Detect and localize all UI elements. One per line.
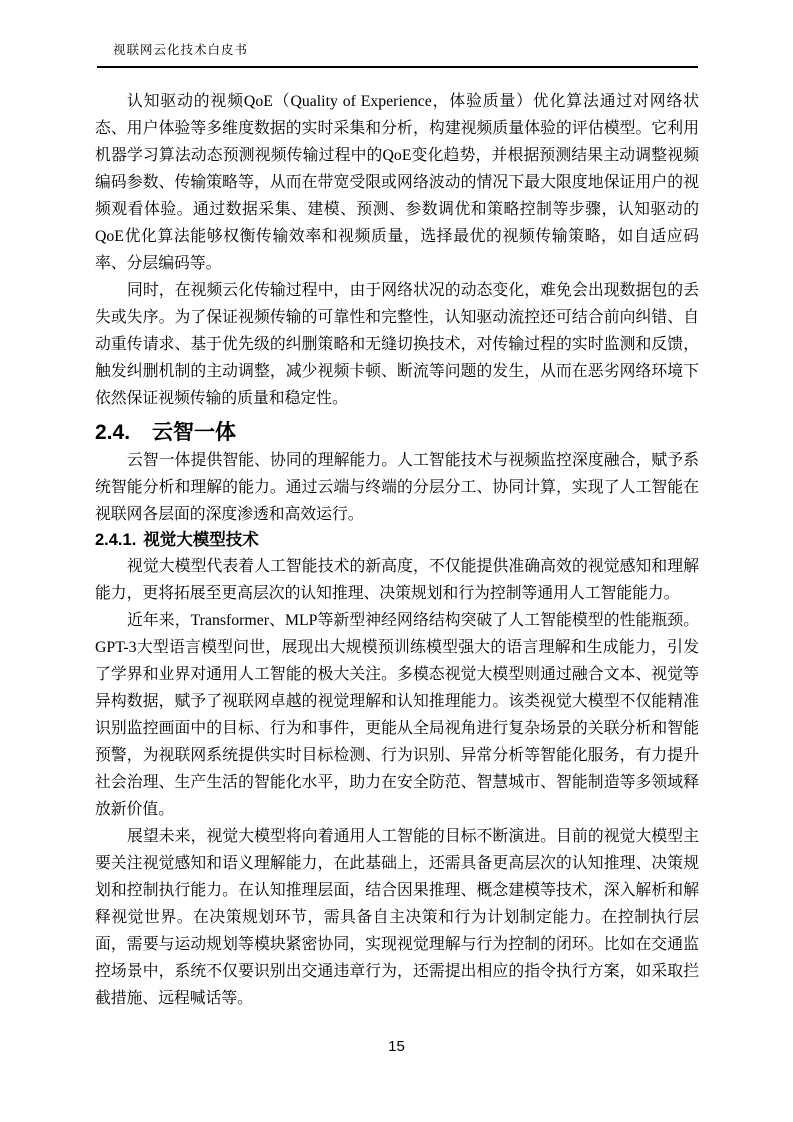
section-title: 云智一体 xyxy=(152,421,236,444)
header-title: 视联网云化技术白皮书 xyxy=(113,40,248,58)
paragraph-transformer-gpt3: 近年来，Transformer、MLP等新型神经网络结构突破了人工智能模型的性能… xyxy=(95,607,699,823)
page-body: 认知驱动的视频QoE（Quality of Experience，体验质量）优化… xyxy=(95,88,699,1012)
paragraph-transport-reliability: 同时，在视频云化传输过程中，由于网络状况的动态变化，难免会出现数据包的丢失或失序… xyxy=(95,277,699,412)
paragraph-future-outlook: 展望未来，视觉大模型将向着通用人工智能的目标不断演进。目前的视觉大模型主要关注视… xyxy=(95,823,699,1012)
paragraph-cloud-intelligence-intro: 云智一体提供智能、协同的理解能力。人工智能技术与视频监控深度融合，赋予系统智能分… xyxy=(95,447,699,528)
paragraph-cognitive-qoe-algorithm: 认知驱动的视频QoE（Quality of Experience，体验质量）优化… xyxy=(95,88,699,277)
document-page: 视联网云化技术白皮书 认知驱动的视频QoE（Quality of Experie… xyxy=(0,0,793,1122)
section-number: 2.4. xyxy=(95,419,152,447)
subsection-number: 2.4.1. xyxy=(95,531,136,549)
subsection-title: 视觉大模型技术 xyxy=(143,531,259,549)
subsection-heading-2-4-1: 2.4.1.视觉大模型技术 xyxy=(95,528,699,553)
page-header: 视联网云化技术白皮书 xyxy=(97,40,698,68)
paragraph-visual-model-overview: 视觉大模型代表着人工智能技术的新高度，不仅能提供准确高效的视觉感知和理解能力，更… xyxy=(95,553,699,607)
page-number: 15 xyxy=(388,1038,405,1055)
page-footer: 15 xyxy=(0,1038,793,1055)
section-heading-2-4: 2.4.云智一体 xyxy=(95,419,699,447)
